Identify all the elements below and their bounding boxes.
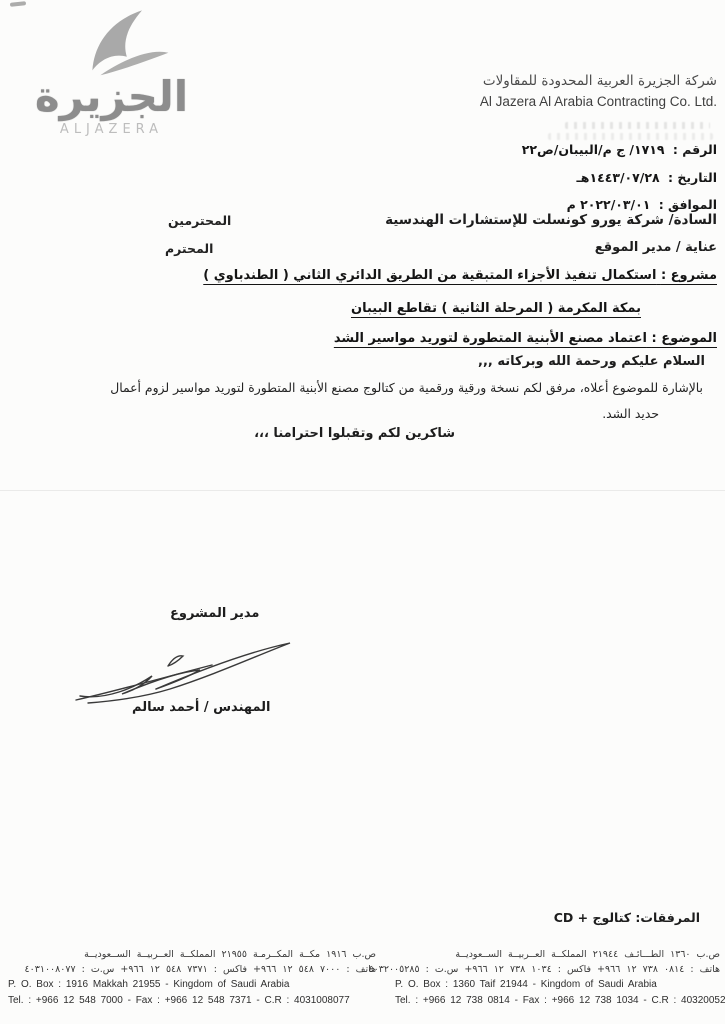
project-text-1: استكمال تنفيذ الأجزاء المتبقية من الطريق… xyxy=(203,268,656,283)
reference-value: ١٧١٩/ ج م/البيبان/ص٢٢ xyxy=(522,142,665,157)
attention-honorific: المحترم xyxy=(165,241,213,256)
faded-stamp-line xyxy=(565,122,710,129)
hijri-date-label: التاريخ : xyxy=(668,170,717,185)
project-line-1: مشروع : استكمال تنفيذ الأجزاء المتبقية م… xyxy=(203,268,717,283)
makkah-phone-english: Tel. : +966 12 548 7000 - Fax : +966 12 … xyxy=(8,993,376,1009)
taif-address-english: P. O. Box : 1360 Taif 21944 - Kingdom of… xyxy=(395,977,720,993)
reference-number-row: الرقم : ١٧١٩/ ج م/البيبان/ص٢٢ xyxy=(522,142,717,157)
project-label: مشروع : xyxy=(661,268,717,283)
company-name-arabic: شركة الجزيرة العربية المحدودة للمقاولات xyxy=(480,72,717,92)
attention-line: عناية / مدير الموقع xyxy=(595,240,717,255)
makkah-phone-arabic: هاتف : ٧٠٠٠ ٥٤٨ ١٢ ٩٦٦+ فاكس : ٧٣٧١ ٥٤٨ … xyxy=(8,963,376,978)
subject-line: الموضوع : اعتماد مصنع الأبنية المتطورة ل… xyxy=(334,331,717,346)
logo-latin-wordmark: ALJAZERA xyxy=(24,122,199,137)
scan-artifact xyxy=(10,1,26,7)
subject-label: الموضوع : xyxy=(651,331,717,346)
closing-phrase: شاكرين لكم وتقبلوا احترامنا ،،، xyxy=(254,426,455,441)
gregorian-date-value: ٢٠٢٢/٠٣/٠١ م xyxy=(567,197,651,212)
sailboat-logo-icon xyxy=(76,8,176,80)
scanned-letter-page: الجزيرة ALJAZERA شركة الجزيرة العربية ال… xyxy=(0,0,725,1024)
footer-taif-office: ص.ب ١٣٦٠ الطـــائـف ٢١٩٤٤ المملكــة العـ… xyxy=(395,948,720,1008)
taif-phone-english: Tel. : +966 12 738 0814 - Fax : +966 12 … xyxy=(395,993,720,1009)
hijri-date-value: ١٤٤٣/٠٧/٢٨هـ xyxy=(576,170,659,185)
makkah-address-arabic: ص.ب ١٩١٦ مكــة المكــرمـة ٢١٩٥٥ المملكــ… xyxy=(8,948,376,963)
signature-scribble xyxy=(72,630,302,710)
makkah-address-english: P. O. Box : 1916 Makkah 21955 - Kingdom … xyxy=(8,977,376,993)
signatory-title: مدير المشروع xyxy=(170,606,259,621)
company-logo: الجزيرة ALJAZERA xyxy=(24,8,199,137)
footer-makkah-office: ص.ب ١٩١٦ مكــة المكــرمـة ٢١٩٥٥ المملكــ… xyxy=(8,948,376,1008)
taif-phone-arabic: هاتف : ٠٨١٤ ٧٣٨ ١٢ ٩٦٦+ فاكس : ١٠٣٤ ٧٣٨ … xyxy=(395,963,720,978)
gregorian-date-row: الموافق : ٢٠٢٢/٠٣/٠١ م xyxy=(567,197,717,212)
subject-text: اعتماد مصنع الأبنية المتطورة لتوريد مواس… xyxy=(334,331,647,346)
project-line-2: بمكة المكرمة ( المرحلة الثانية ) تقاطع ا… xyxy=(351,301,641,316)
reference-label: الرقم : xyxy=(673,142,717,157)
recipient-line: السادة/ شركة يورو كونسلت للإستشارات الهن… xyxy=(385,212,717,228)
attachments-line: المرفقات: كتالوج + CD xyxy=(554,910,700,925)
salutation: السلام عليكم ورحمة الله وبركاته ,,, xyxy=(478,354,705,369)
recipient-honorific: المحترمين xyxy=(168,213,231,228)
company-name-english: Al Jazera Al Arabia Contracting Co. Ltd. xyxy=(480,92,717,112)
hijri-date-row: التاريخ : ١٤٤٣/٠٧/٢٨هـ xyxy=(576,170,717,185)
faded-stamp-line xyxy=(548,133,713,140)
company-name-block: شركة الجزيرة العربية المحدودة للمقاولات … xyxy=(480,72,717,111)
scan-fold-line xyxy=(0,490,725,491)
body-paragraph-line-2: حديد الشد. xyxy=(602,406,659,421)
logo-arabic-wordmark: الجزيرة xyxy=(24,74,199,120)
body-paragraph-line-1: بالإشارة للموضوع أعلاه، مرفق لكم نسخة ور… xyxy=(110,380,703,395)
gregorian-date-label: الموافق : xyxy=(659,197,717,212)
signatory-name: المهندس / أحمد سالم xyxy=(132,700,271,715)
taif-address-arabic: ص.ب ١٣٦٠ الطـــائـف ٢١٩٤٤ المملكــة العـ… xyxy=(395,948,720,963)
